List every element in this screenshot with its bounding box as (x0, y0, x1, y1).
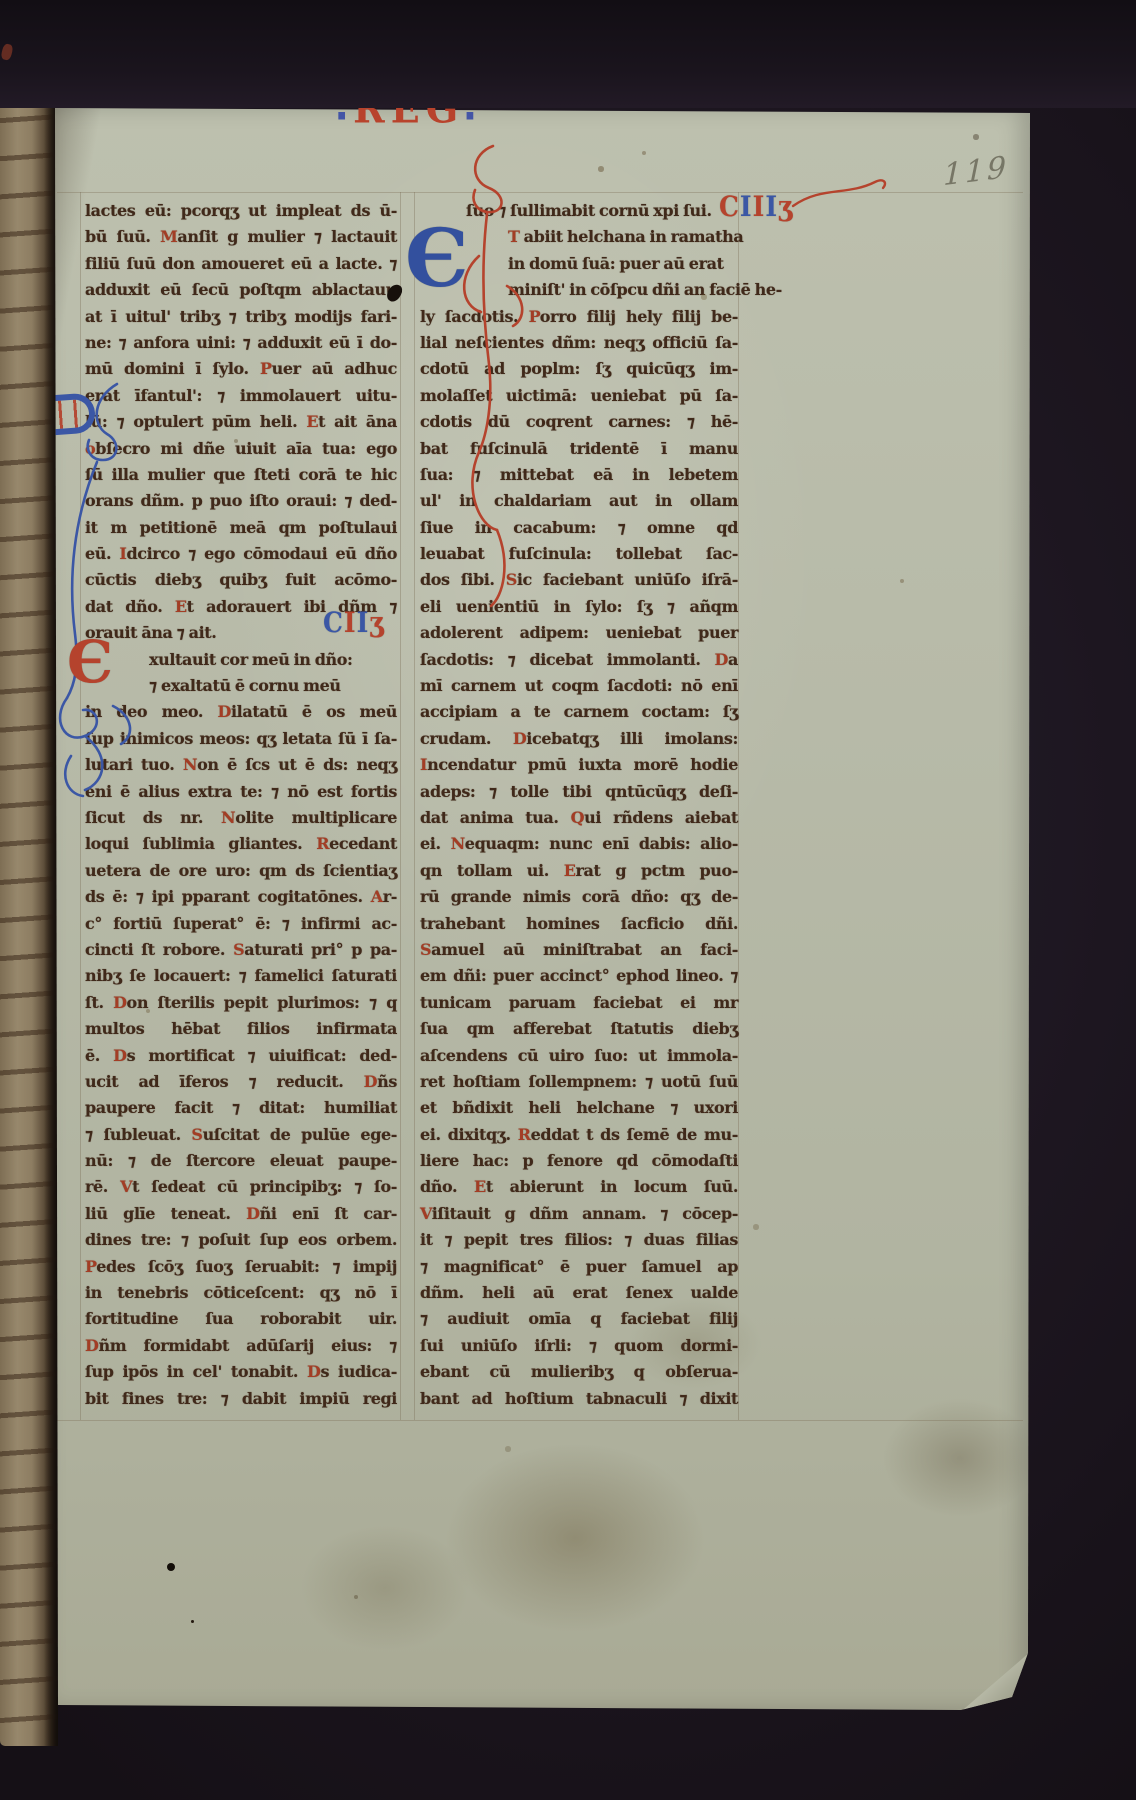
chapter-marker-glyph: I (765, 190, 778, 224)
text-line: adeps: ⁊ tolle tibi qntūcūqʒ deſi- (420, 779, 738, 805)
text-line: multos hēbat filios infirmata (85, 1016, 397, 1042)
chapter-marker-glyph: I (740, 190, 753, 224)
text-line: dñm. heli aū erat ſenex ualde (420, 1280, 738, 1306)
text-line: liere hac: p fenore qd cōmodaſti (420, 1148, 738, 1174)
text-line: ſup ipōs in cel' tonabit. Ds iudica- (85, 1359, 397, 1385)
text-line: ds ē: ⁊ ipi pparant cogitatōnes. Ar- (85, 884, 397, 910)
text-line: Dñm formidabt adūſarij eius: ⁊ (85, 1333, 397, 1359)
text-line: in tenebris cōticeſcent: qʒ nō ī (85, 1280, 397, 1306)
text-line: cincti ſt robore. Saturati pri° p pa- (85, 937, 397, 963)
ruling-line-vertical (414, 192, 415, 1420)
text-line: em dñi: puer accinct° ephod lineo. ⁊ (420, 963, 738, 989)
text-line: adolerent adipem: ueniebat puer (420, 620, 738, 646)
text-line: ne: ⁊ anfora uini: ⁊ adduxit eū ī do- (85, 330, 397, 356)
text-line: nū: ⁊ de ſtercore eleuat paupe- (85, 1148, 397, 1174)
text-line: ⁊ magnificat° ē puer ſamuel ap (420, 1254, 738, 1280)
text-line: trahebant homines ſacficio dñi. (420, 911, 738, 937)
text-line: ſicut ds nr. Nolite multiplicare (85, 805, 397, 831)
chapter-marker-glyph: ʒ (369, 606, 384, 640)
text-line: ei. Nequaqm: nunc enī dabis: alio- (420, 831, 738, 857)
text-line: bant ad hoſtium tabnaculi ⁊ dixit (420, 1386, 738, 1412)
decorated-initial-E-left: Є (67, 632, 113, 692)
text-line: at ī uitul' tribʒ ⁊ tribʒ modijs fari- (85, 304, 397, 330)
text-line: qn tollam ui. Erat g pctm puo- (420, 858, 738, 884)
ruling-line-vertical (738, 192, 739, 1420)
text-line: ebant cū mulieribʒ q obſerua- (420, 1359, 738, 1385)
facing-leaf-edge (0, 54, 58, 1746)
text-line: paupere facit ⁊ ditat: humiliat (85, 1095, 397, 1121)
text-line: dño. Et abierunt in locum ſuū. (420, 1174, 738, 1200)
text-line: ucit ad īferos ⁊ reducit. Dñs (85, 1069, 397, 1095)
text-line: ſua qm afferebat ſtatutis diebʒ (420, 1016, 738, 1042)
text-line: ſacdotis: ⁊ dicebat immolanti. Da (420, 647, 738, 673)
text-line: ⁊ audiuit omīa q faciebat filij (420, 1306, 738, 1332)
chapter-marker-glyph: C (719, 190, 740, 224)
text-line: ē. Ds mortificat ⁊ uiuificat: ded- (85, 1043, 397, 1069)
folio-number: 119 (943, 150, 1009, 193)
text-line: Samuel aū miniſtrabat an faci- (420, 937, 738, 963)
text-line: Incendatur pmū iuxta morē hodie (420, 752, 738, 778)
text-line: rē. Vt ſedeat cū principibʒ: ⁊ ſo- (85, 1174, 397, 1200)
chapter-marker-glyph: C (323, 606, 344, 640)
parchment-page: 119 lactes eū: pcorqʒ ut impleat ds ū-bū… (55, 108, 1030, 1710)
text-line: mī carnem ut coqm ſacdoti: nō enī (420, 673, 738, 699)
parchment-specks (55, 108, 57, 110)
penwork-flourish-blue (41, 376, 165, 806)
ruling-line-horizontal (57, 1420, 1023, 1421)
text-line: fortitudine ſua roborabit uir. (85, 1306, 397, 1332)
text-line: crudam. Dicebatqʒ illi imolans: (420, 726, 738, 752)
text-line: filiū ſuū don amoueret eū a lacte. ⁊ (85, 251, 397, 277)
text-line: Pedes ſcōʒ ſuoʒ ſeruabit: ⁊ impij (85, 1254, 397, 1280)
text-line: accipiam a te carnem coctam: ſʒ (420, 699, 738, 725)
text-line: et bñdixit heli helchane ⁊ uxori (420, 1095, 738, 1121)
text-line: ret hoſtiam ſollempnem: ⁊ uotū ſuū (420, 1069, 738, 1095)
chapter-marker-left: CIIʒ (323, 608, 385, 638)
text-line: ei. dixitqʒ. Reddat t ds ſemē de mu- (420, 1122, 738, 1148)
text-line: aſcendens cū uiro ſuo: ut immola- (420, 1043, 738, 1069)
ink-dot-small (191, 1620, 194, 1623)
text-line: adduxit eū ſecū poſtqm ablactauu (85, 277, 397, 303)
text-line: rū grande nimis corā dño: qʒ de- (420, 884, 738, 910)
chapter-marker-glyph: I (357, 606, 370, 640)
decorated-initial-E-right: Є (405, 216, 469, 300)
ink-dot (167, 1563, 175, 1571)
text-line: uetera de ore uro: qm ds ſcientiaʒ (85, 858, 397, 884)
text-line: liū glīe teneat. Dñi enī ſt car- (85, 1201, 397, 1227)
text-line: bit fines tre: ⁊ dabit impiū regi (85, 1386, 397, 1412)
text-line: tunicam paruam faciebat ei mr (420, 990, 738, 1016)
manuscript-photo: { "document": { "kind": "medieval manusc… (0, 0, 1136, 1800)
text-line: ⁊ ſubleuat. Suſcitat de pulūe ege- (85, 1122, 397, 1148)
text-line: ſui uniūſo iſrli: ⁊ quom dormi- (420, 1333, 738, 1359)
text-line: c° fortiū ſuperat° ē: ⁊ infirmi ac- (85, 911, 397, 937)
ruling-line-vertical (400, 192, 401, 1420)
penwork-flourish-red (427, 136, 547, 616)
text-line: it ⁊ pepit tres filios: ⁊ duas filias (420, 1227, 738, 1253)
chapter-marker-right: CIIIʒ (719, 192, 793, 222)
text-line: dat anima tua. Qui rñdens aiebat (420, 805, 738, 831)
text-line: dines tre: ⁊ poſuit ſup eos orbem. (85, 1227, 397, 1253)
text-line: loqui ſublimia gliantes. Recedant (85, 831, 397, 857)
folded-corner (948, 1652, 1030, 1710)
dark-backdrop-top (0, 0, 1136, 108)
chapter-marker-glyph: I (753, 190, 766, 224)
text-line: ſt. Don ſterilis pepit plurimos: ⁊ q (85, 990, 397, 1016)
marker-tail-flourish (791, 174, 891, 214)
chapter-marker-glyph: I (344, 606, 357, 640)
text-line: nibʒ ſe locauert: ⁊ famelici ſaturati (85, 963, 397, 989)
text-line: bū ſuū. Manſit g mulier ⁊ lactauit (85, 224, 397, 250)
text-line: Viſitauit g dñm annam. ⁊ cōcep- (420, 1201, 738, 1227)
text-line: lactes eū: pcorqʒ ut impleat ds ū- (85, 198, 397, 224)
